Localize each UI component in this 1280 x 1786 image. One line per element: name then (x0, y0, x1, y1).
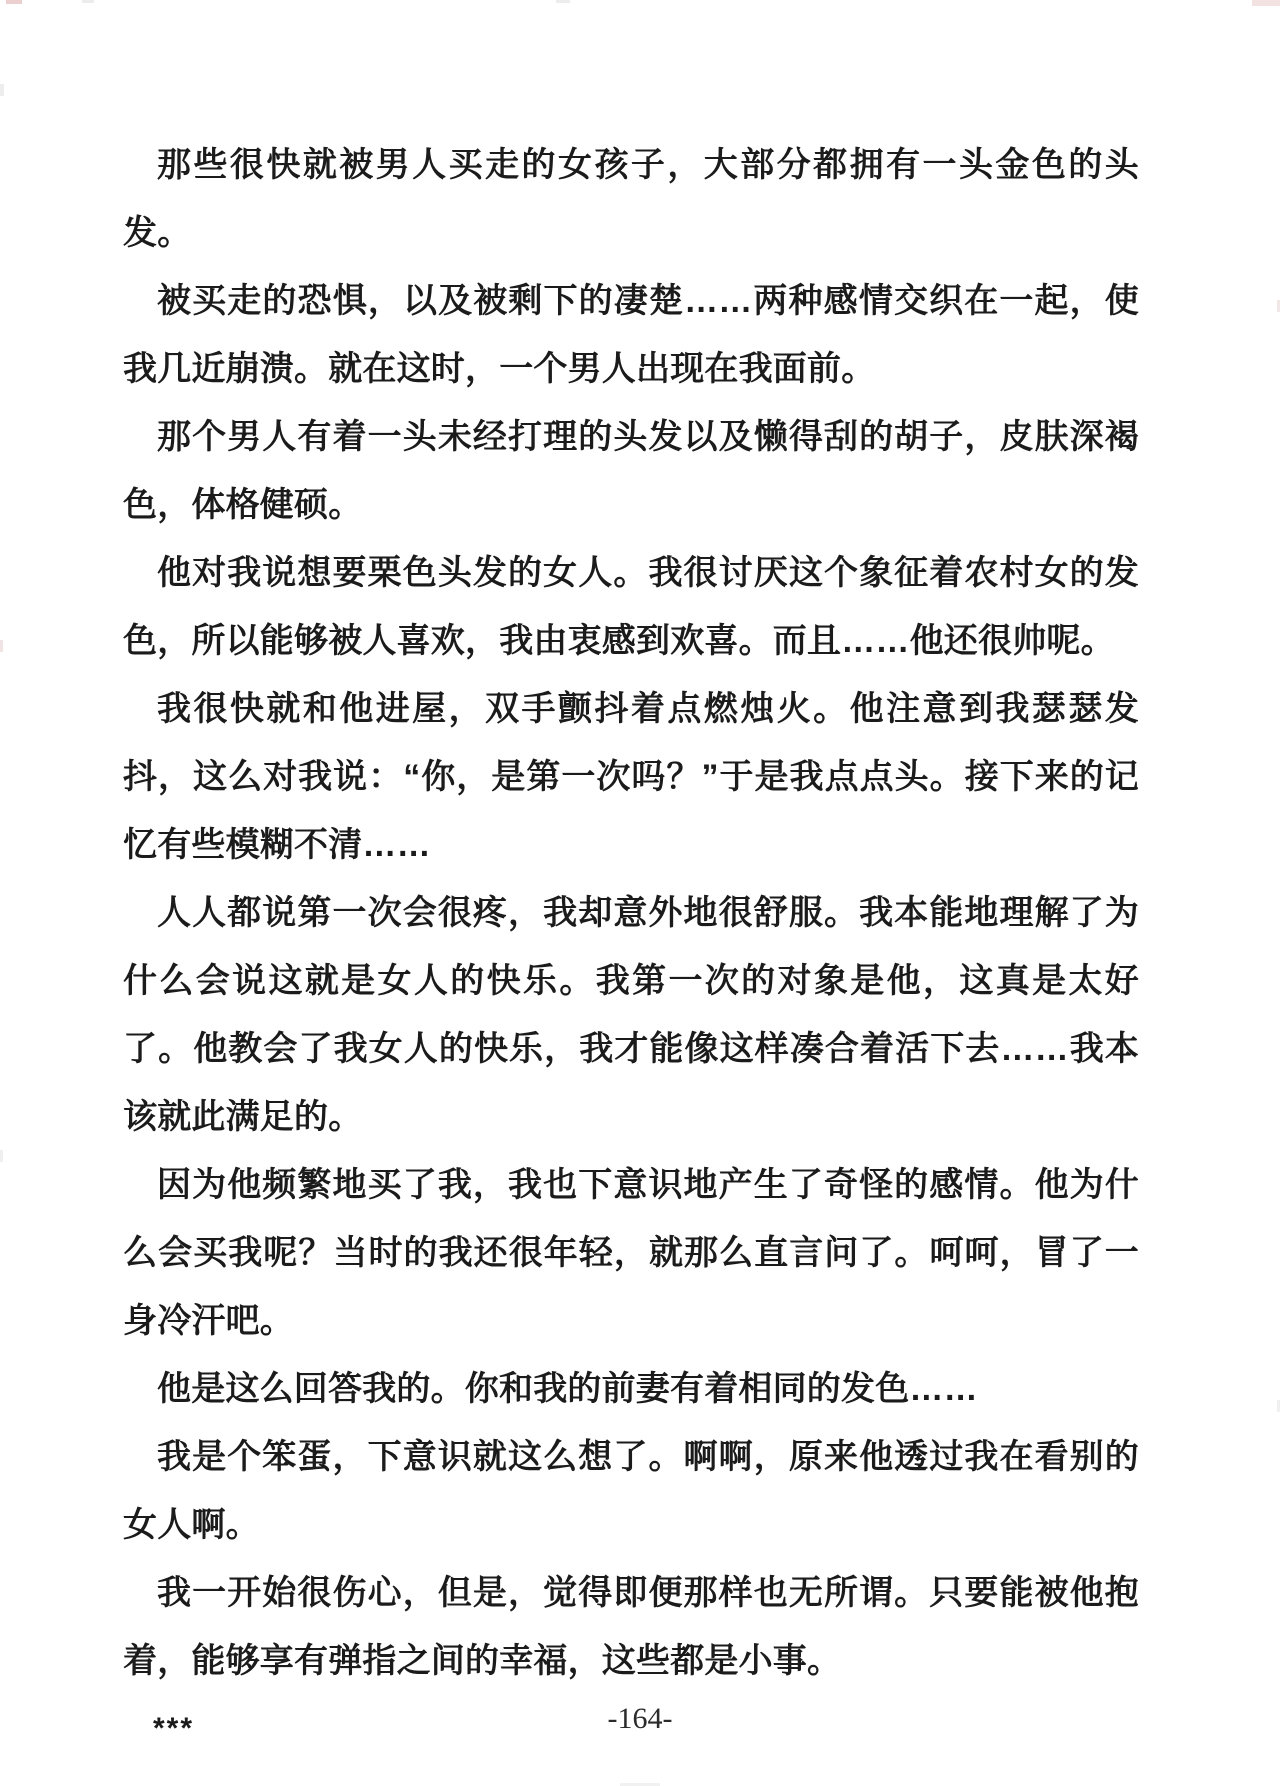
book-page: 那些很快就被男人买走的女孩子，大部分都拥有一头金色的头发。 被买走的恐惧，以及被… (0, 0, 1280, 1786)
scan-mark (82, 0, 94, 3)
paragraph: 我很快就和他进屋，双手颤抖着点燃烛火。他注意到我瑟瑟发抖，这么对我说：“你，是第… (123, 675, 1139, 879)
paragraph: 那个男人有着一头未经打理的头发以及懒得刮的胡子，皮肤深褐色，体格健硕。 (123, 403, 1139, 539)
scan-mark (6, 0, 22, 4)
paragraph: 那些很快就被男人买走的女孩子，大部分都拥有一头金色的头发。 (123, 131, 1139, 267)
paragraph: 他是这么回答我的。你和我的前妻有着相同的发色…… (123, 1355, 1139, 1423)
scan-mark (556, 0, 570, 3)
paragraph: 因为他频繁地买了我，我也下意识地产生了奇怪的感情。他为什么会买我呢？当时的我还很… (123, 1151, 1139, 1355)
scan-mark (0, 1150, 3, 1162)
paragraph: 人人都说第一次会很疼，我却意外地很舒服。我本能地理解了为什么会说这就是女人的快乐… (123, 879, 1139, 1151)
scan-mark (0, 84, 4, 96)
paragraph: 我是个笨蛋，下意识就这么想了。啊啊，原来他透过我在看别的女人啊。 (123, 1423, 1139, 1559)
paragraph: 我一开始很伤心，但是，觉得即便那样也无所谓。只要能被他抱着，能够享有弹指之间的幸… (123, 1559, 1139, 1695)
page-body-text: 那些很快就被男人买走的女孩子，大部分都拥有一头金色的头发。 被买走的恐惧，以及被… (123, 131, 1139, 1763)
scan-mark (1252, 0, 1280, 6)
paragraph: 被买走的恐惧，以及被剩下的凄楚……两种感情交织在一起，使我几近崩溃。就在这时，一… (123, 267, 1139, 403)
scan-mark (0, 640, 3, 652)
page-number: -164- (0, 1702, 1280, 1736)
paragraph: 他对我说想要栗色头发的女人。我很讨厌这个象征着农村女的发色，所以能够被人喜欢，我… (123, 539, 1139, 675)
